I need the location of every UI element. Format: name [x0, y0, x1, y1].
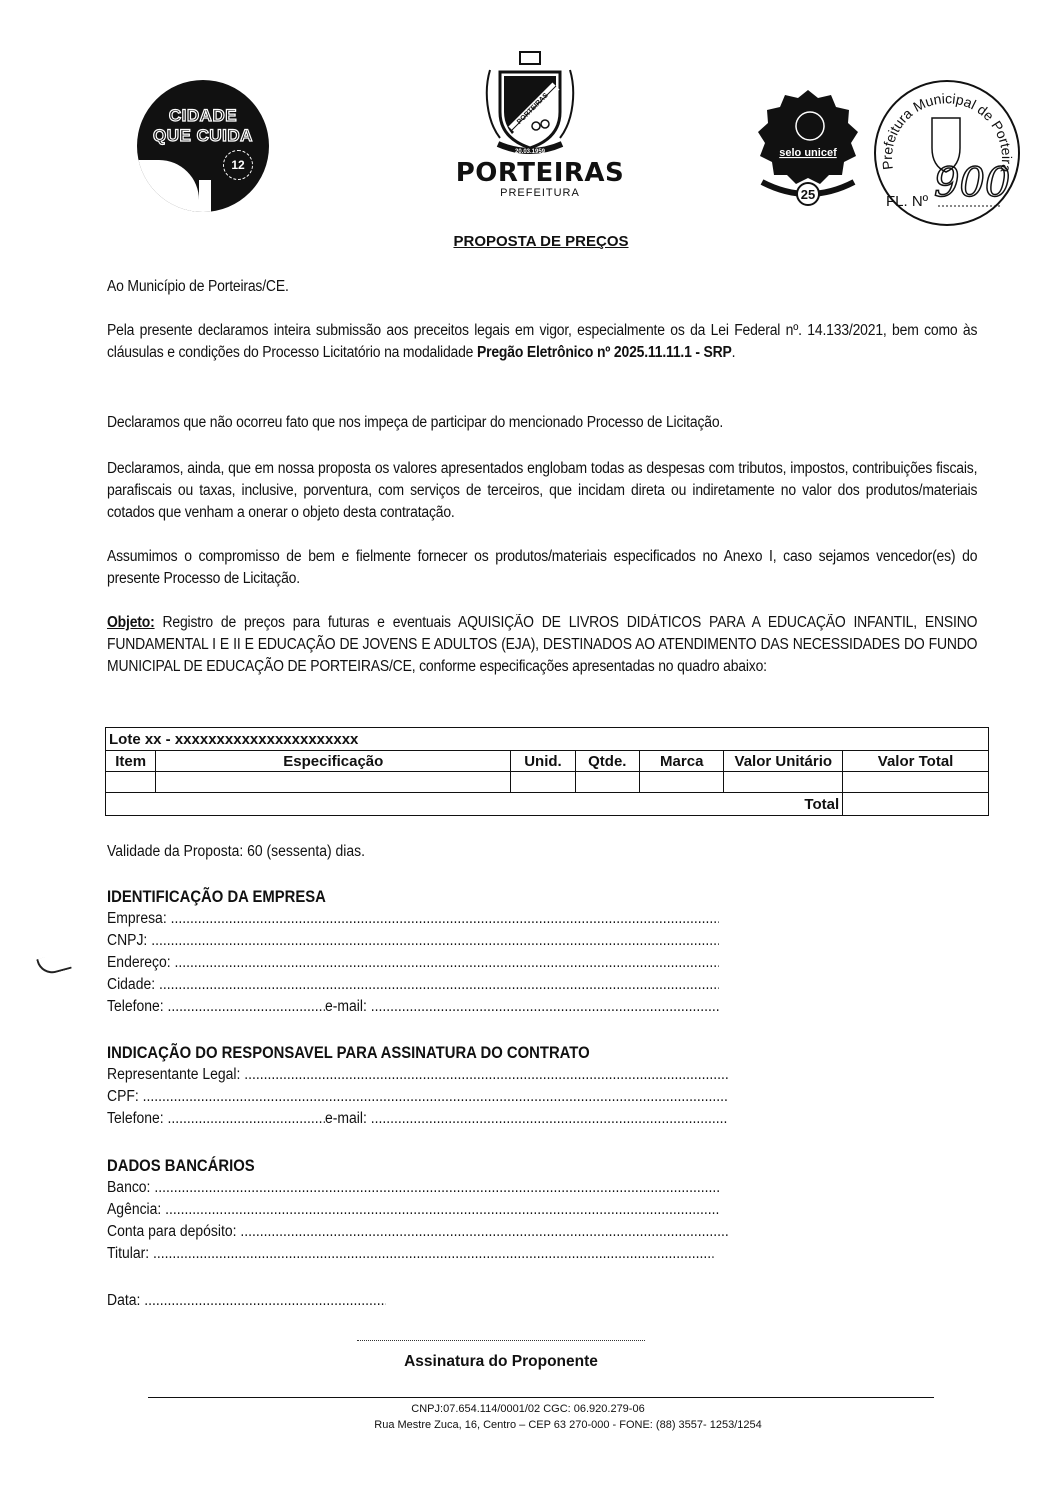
svg-text:900: 900 [934, 160, 1010, 206]
svg-text:selo unicef: selo unicef [779, 147, 837, 159]
svg-text:25: 25 [801, 187, 815, 202]
logo-decoration [137, 160, 199, 212]
blank-line[interactable] [174, 952, 719, 974]
table-total-row: Total [106, 793, 989, 816]
unicef-seal-icon: selo unicef 25 [752, 86, 864, 206]
column-header: Valor Total [843, 751, 989, 772]
phone-blank-line[interactable] [168, 996, 325, 1018]
email-blank-line[interactable] [371, 996, 719, 1018]
document-title: PROPOSTA DE PREÇOS [0, 233, 1056, 250]
field-label: Representante Legal: [107, 1064, 240, 1086]
date-section: Data: [107, 1290, 386, 1312]
specification-cell[interactable] [156, 772, 511, 793]
phone-email-field[interactable]: Telefone: e-mail: [107, 1108, 728, 1130]
signature-label: Assinatura do Proponente [357, 1353, 645, 1371]
quantity-cell[interactable] [575, 772, 639, 793]
field-label: Banco: [107, 1177, 150, 1199]
field-label: Data: [107, 1290, 140, 1312]
field-label: Conta para depósito: [107, 1221, 237, 1243]
objeto-label: Objeto: [107, 614, 155, 631]
section-title: DADOS BANCÁRIOS [107, 1155, 728, 1177]
blank-line[interactable] [154, 1177, 719, 1199]
column-header: Marca [640, 751, 724, 772]
section-title: INDICAÇÃO DO RESPONSAVEL PARA ASSINATURA… [107, 1042, 728, 1064]
blank-line[interactable] [159, 974, 719, 996]
unit-cell[interactable] [511, 772, 575, 793]
total-price-cell[interactable] [843, 772, 989, 793]
field-label: Empresa: [107, 908, 167, 930]
unit-price-cell[interactable] [724, 772, 843, 793]
address-field[interactable]: Endereço: [107, 952, 719, 974]
objeto-text: Registro de preços para futuras e eventu… [107, 614, 977, 675]
municipality-subtitle: PREFEITURA [440, 187, 640, 199]
bank-section: DADOS BANCÁRIOS Banco: Agência: Conta pa… [107, 1155, 728, 1265]
blank-line[interactable] [171, 908, 719, 930]
paragraph-text: . [732, 344, 736, 361]
municipal-stamp-icon: Prefeitura Municipal de Porteiras FL. Nº… [872, 78, 1022, 228]
footer-divider [148, 1397, 934, 1398]
blank-line[interactable] [240, 1221, 728, 1243]
section-title: IDENTIFICAÇÃO DA EMPRESA [107, 886, 719, 908]
brand-cell[interactable] [640, 772, 724, 793]
paragraph-costs: Declaramos, ainda, que em nossa proposta… [107, 458, 977, 524]
blank-line[interactable] [144, 1290, 386, 1312]
pregao-reference: Pregão Eletrônico nº 2025.11.11.1 - SRP [477, 344, 732, 361]
emblem-icon: 12 [223, 150, 253, 180]
footer-address: Rua Mestre Zuca, 16, Centro – CEP 63 270… [0, 1417, 1056, 1433]
cnpj-field[interactable]: CNPJ: [107, 930, 719, 952]
logo-decoration [199, 180, 211, 212]
item-cell[interactable] [106, 772, 156, 793]
porteiras-crest-icon: PORTEIRAS 20.03.1959 [482, 50, 578, 158]
pen-mark [36, 951, 72, 977]
paragraph-commitment: Assumimos o compromisso de bem e fielmen… [107, 546, 977, 590]
blank-line[interactable] [153, 1243, 714, 1265]
phone-blank-line[interactable] [168, 1108, 325, 1130]
email-blank-line[interactable] [371, 1108, 728, 1130]
field-label: Telefone: [107, 1108, 164, 1130]
field-label: Titular: [107, 1243, 149, 1265]
field-label: Telefone: [107, 996, 164, 1018]
paragraph-objeto: Objeto: Registro de preços para futuras … [107, 612, 977, 678]
account-field[interactable]: Conta para depósito: [107, 1221, 728, 1243]
total-label: Total [106, 793, 843, 816]
date-field[interactable]: Data: [107, 1290, 386, 1312]
holder-field[interactable]: Titular: [107, 1243, 714, 1265]
company-section: IDENTIFICAÇÃO DA EMPRESA Empresa: CNPJ: … [107, 886, 719, 1018]
city-field[interactable]: Cidade: [107, 974, 719, 996]
field-label: e-mail: [325, 996, 367, 1018]
lote-header: Lote xx - xxxxxxxxxxxxxxxxxxxxxx [106, 728, 989, 751]
legal-representative-field[interactable]: Representante Legal: [107, 1064, 728, 1086]
table-header-row: Item Especificação Unid. Qtde. Marca Val… [106, 751, 989, 772]
paragraph-no-impediment: Declaramos que não ocorreu fato que nos … [107, 412, 977, 434]
paragraph-submission: Pela presente declaramos inteira submiss… [107, 320, 977, 364]
blank-line[interactable] [165, 1199, 719, 1221]
salutation: Ao Município de Porteiras/CE. [107, 276, 977, 298]
municipality-title: PORTEIRAS [440, 158, 640, 188]
field-label: CNPJ: [107, 930, 147, 952]
column-header: Qtde. [575, 751, 639, 772]
proposal-validity: Validade da Proposta: 60 (sessenta) dias… [107, 843, 365, 861]
field-label: CPF: [107, 1086, 139, 1108]
field-label: Agência: [107, 1199, 161, 1221]
footer-registration: CNPJ:07.654.114/0001/02 CGC: 06.920.279-… [0, 1401, 1056, 1417]
total-value-cell[interactable] [843, 793, 989, 816]
blank-line[interactable] [143, 1086, 728, 1108]
company-name-field[interactable]: Empresa: [107, 908, 719, 930]
column-header: Especificação [156, 751, 511, 772]
signature-line[interactable] [357, 1340, 645, 1341]
logo-line-1: CIDADE [169, 106, 237, 125]
logo-line-2: QUE CUIDA [153, 126, 253, 145]
responsible-section: INDICAÇÃO DO RESPONSAVEL PARA ASSINATURA… [107, 1042, 728, 1130]
blank-line[interactable] [244, 1064, 728, 1086]
agency-field[interactable]: Agência: [107, 1199, 719, 1221]
column-header: Unid. [511, 751, 575, 772]
price-table: Lote xx - xxxxxxxxxxxxxxxxxxxxxx Item Es… [105, 727, 989, 816]
logo-text: CIDADE QUE CUIDA [137, 106, 269, 146]
cidade-que-cuida-logo: CIDADE QUE CUIDA 12 [137, 80, 269, 212]
svg-text:FL. Nº: FL. Nº [886, 193, 929, 210]
column-header: Valor Unitário [724, 751, 843, 772]
column-header: Item [106, 751, 156, 772]
bank-field[interactable]: Banco: [107, 1177, 719, 1199]
table-row [106, 772, 989, 793]
blank-line[interactable] [151, 930, 719, 952]
field-label: Cidade: [107, 974, 155, 996]
svg-text:20.03.1959: 20.03.1959 [515, 149, 546, 155]
field-label: e-mail: [325, 1108, 367, 1130]
phone-email-field[interactable]: Telefone: e-mail: [107, 996, 719, 1018]
cpf-field[interactable]: CPF: [107, 1086, 728, 1108]
field-label: Endereço: [107, 952, 171, 974]
